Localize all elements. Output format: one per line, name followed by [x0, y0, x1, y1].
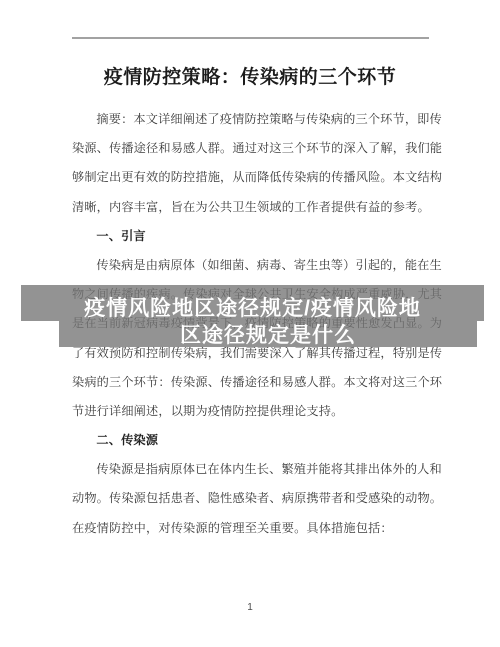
text-line: 染病的三个环节：传染源、传播途径和易感人群。本文将对这三个环 [72, 368, 432, 397]
section-heading: 二、传染源 [72, 426, 432, 455]
header-rule [72, 37, 429, 39]
watermark-overlay-line1: 疫情风险地区途径规定/疫情风险地 [21, 285, 484, 321]
text-line: 节进行详细阐述，以期为疫情防控提供理论支持。 [72, 397, 432, 426]
text-line: 够制定出更有效的防控措施，从而降低传染病的传播风险。本文结构 [72, 163, 432, 192]
document-page: 疫情防控策略：传染病的三个环节 摘要：本文详细阐述了疫情防控策略与传染病的三个环… [0, 0, 500, 647]
text-line: 传染源是指病原体已在体内生长、繁殖并能将其排出体外的人和 [72, 455, 432, 484]
text-line: 摘要：本文详细阐述了疫情防控策略与传染病的三个环节，即传 [72, 105, 432, 134]
text-line: 传染病是由病原体（如细菌、病毒、寄生虫等）引起的，能在生 [72, 251, 432, 280]
document-title: 疫情防控策略：传染病的三个环节 [36, 62, 464, 89]
watermark-text: 疫情风险地区途径规定/疫情风险地 [84, 292, 421, 322]
watermark-text: 区途径规定是什么 [180, 319, 356, 349]
text-line: 在疫情防控中，对传染源的管理至关重要。具体措施包括： [72, 514, 432, 543]
watermark-overlay-line2: 区途径规定是什么 [59, 321, 477, 347]
page-number: 1 [0, 602, 500, 613]
text-line: 染源、传播途径和易感人群。通过对这三个环节的深入了解，我们能 [72, 134, 432, 163]
section-heading: 一、引言 [72, 222, 432, 251]
text-line: 清晰，内容丰富，旨在为公共卫生领域的工作者提供有益的参考。 [72, 193, 432, 222]
text-line: 动物。传染源包括患者、隐性感染者、病原携带者和受感染的动物。 [72, 484, 432, 513]
